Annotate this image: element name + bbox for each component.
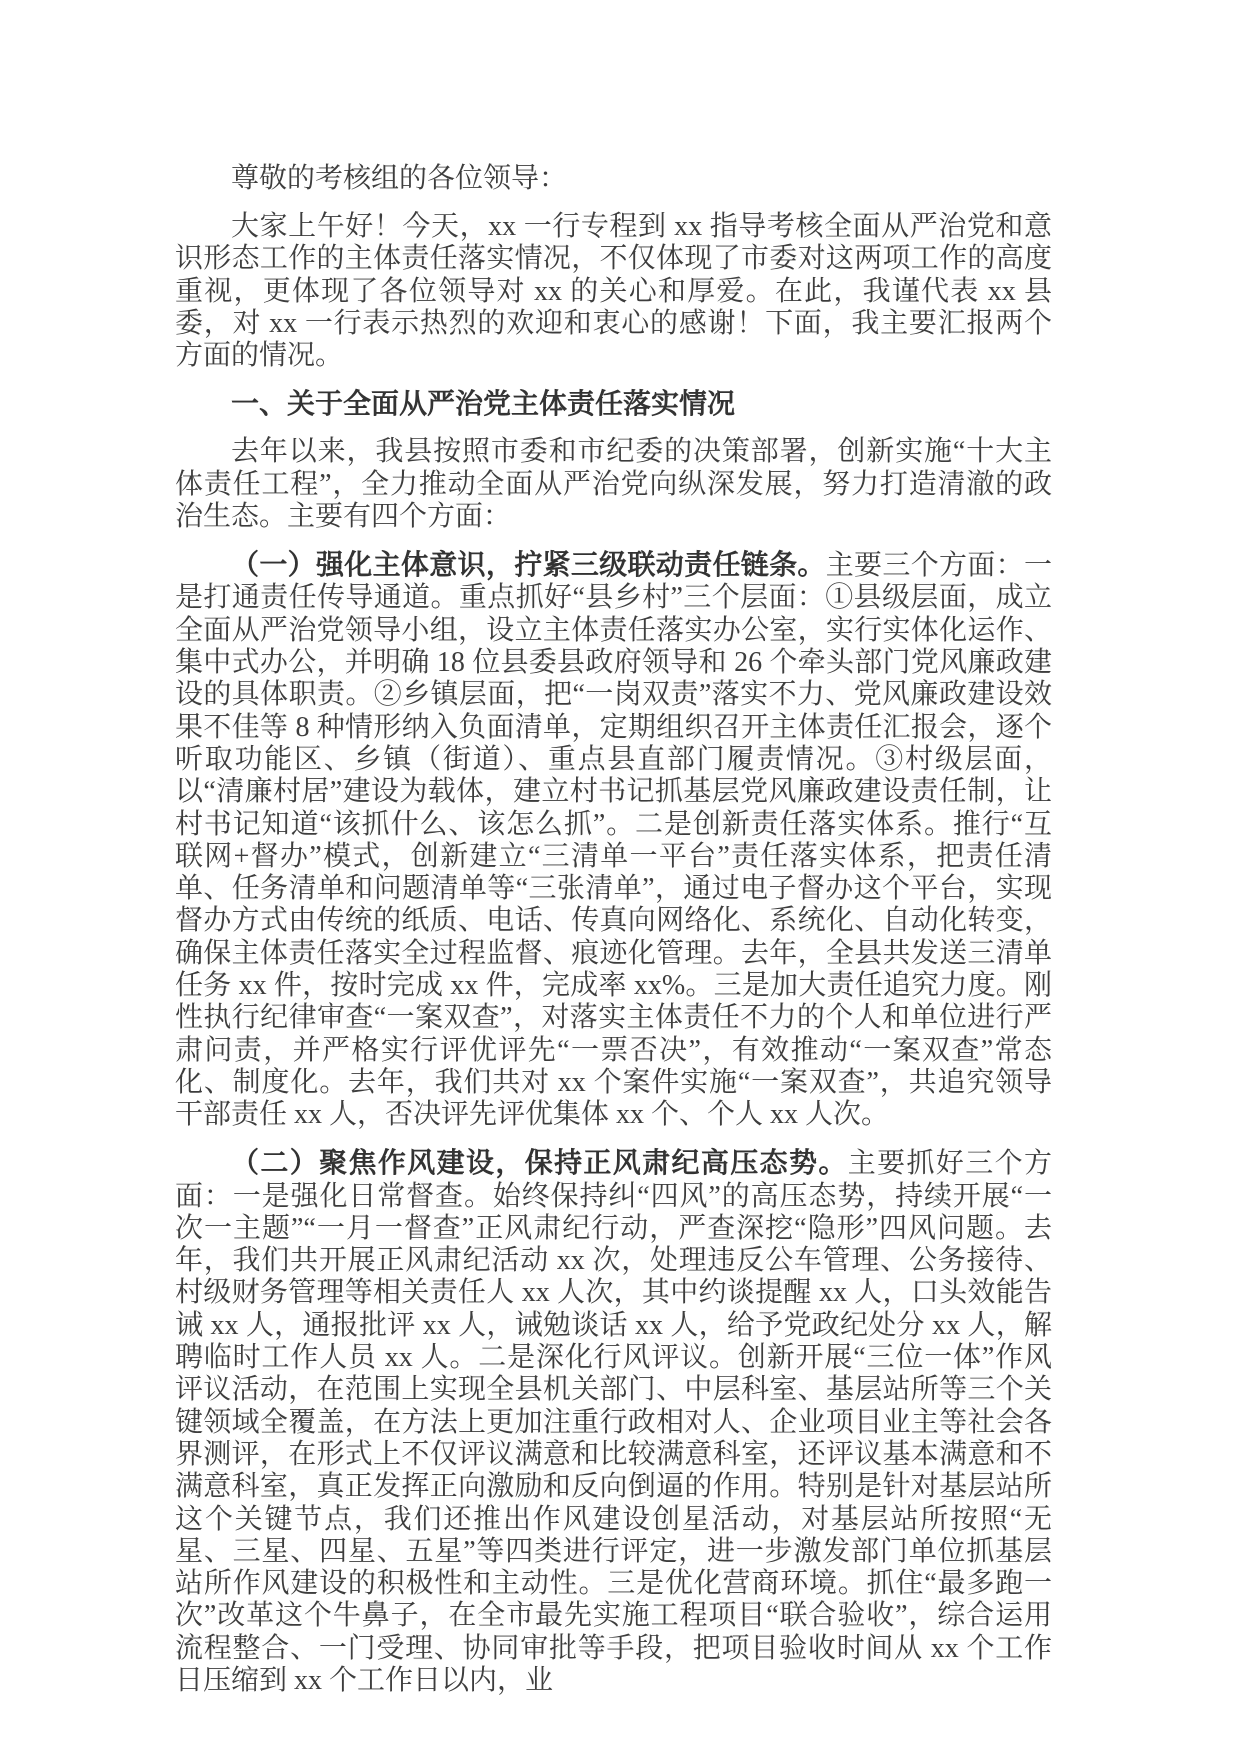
document-body: 尊敬的考核组的各位领导： 大家上午好！今天，xx 一行专程到 xx 指导考核全面… <box>175 163 1052 1713</box>
item-2-paragraph: （二）聚焦作风建设，保持正风肃纪高压态势。主要抓好三个方面：一是强化日常督查。始… <box>175 1147 1052 1697</box>
section-1-heading: 一、关于全面从严治党主体责任落实情况 <box>175 388 1052 420</box>
salutation-line: 尊敬的考核组的各位领导： <box>175 163 1052 195</box>
section-1-intro-paragraph: 去年以来，我县按照市委和市纪委的决策部署，创新实施“十大主体责任工程”，全力推动… <box>175 436 1052 533</box>
item-1-body-text: 主要三个方面：一是打通责任传导通道。重点抓好“县乡村”三个层面：①县级层面，成立… <box>175 550 1052 1130</box>
document-page: 尊敬的考核组的各位领导： 大家上午好！今天，xx 一行专程到 xx 指导考核全面… <box>0 0 1240 1754</box>
item-2-body-text: 主要抓好三个方面：一是强化日常督查。始终保持纠“四风”的高压态势，持续开展“一次… <box>175 1148 1052 1696</box>
item-1-paragraph: （一）强化主体意识，拧紧三级联动责任链条。主要三个方面：一是打通责任传导通道。重… <box>175 549 1052 1131</box>
item-2-lead-heading: （二）聚焦作风建设，保持正风肃纪高压态势。 <box>231 1147 848 1178</box>
item-1-lead-heading: （一）强化主体意识，拧紧三级联动责任链条。 <box>231 549 826 580</box>
opening-paragraph: 大家上午好！今天，xx 一行专程到 xx 指导考核全面从严治党和意识形态工作的主… <box>175 211 1052 372</box>
